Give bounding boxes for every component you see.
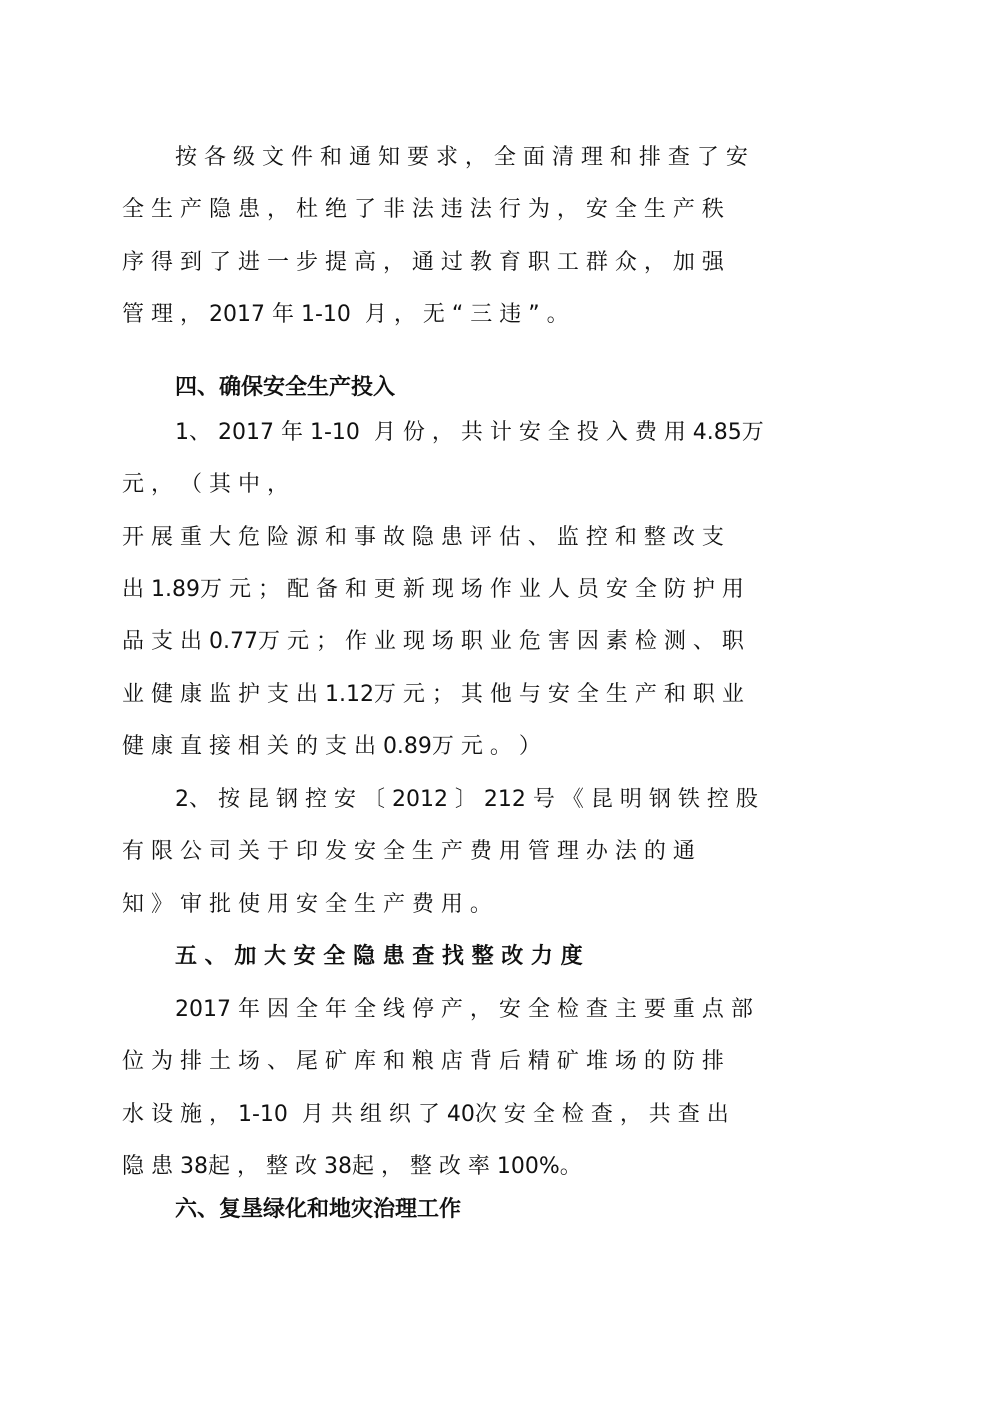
paragraph-line: 2、 按 昆 钢 控 安 〔 2012 〕 212 号 《 昆 明 钢 铁 控 … — [175, 785, 758, 815]
paragraph-line: 知 》 审 批 使 用 安 全 生 产 费 用 。 — [122, 890, 492, 920]
paragraph-line: 1、 2017 年 1-10 月 份 ， 共 计 安 全 投 入 费 用 4.8… — [175, 418, 764, 448]
paragraph-line: 品 支 出 0.77万 元 ； 作 业 现 场 职 业 危 害 因 素 检 测 … — [122, 627, 744, 657]
paragraph-line: 元 ， （ 其 中 ， — [122, 470, 289, 500]
paragraph-line: 开 展 重 大 危 险 源 和 事 故 隐 患 评 估 、 监 控 和 整 改 … — [122, 523, 724, 553]
paragraph-line: 水 设 施 ， 1-10 月 共 组 织 了 40次 安 全 检 查 ， 共 查… — [122, 1100, 729, 1130]
section-heading-4: 四、确保安全生产投入 — [175, 373, 395, 403]
paragraph-line: 位 为 排 土 场 、 尾 矿 库 和 粮 店 背 后 精 矿 堆 场 的 防 … — [122, 1047, 724, 1077]
paragraph-line: 业 健 康 监 护 支 出 1.12万 元 ； 其 他 与 安 全 生 产 和 … — [122, 680, 744, 710]
section-heading-5: 五 、 加 大 安 全 隐 患 查 找 整 改 力 度 — [175, 942, 583, 972]
paragraph-line: 隐 患 38起 ， 整 改 38起 ， 整 改 率 100%。 — [122, 1152, 582, 1182]
paragraph-line: 出 1.89万 元 ； 配 备 和 更 新 现 场 作 业 人 员 安 全 防 … — [122, 575, 744, 605]
paragraph-line: 健 康 直 接 相 关 的 支 出 0.89万 元 。 ） — [122, 732, 541, 762]
paragraph-line: 按 各 级 文 件 和 通 知 要 求 ， 全 面 清 理 和 排 查 了 安 — [175, 143, 748, 173]
paragraph-line: 序 得 到 了 进 一 步 提 高 ， 通 过 教 育 职 工 群 众 ， 加 … — [122, 248, 724, 278]
section-heading-6: 六、复垦绿化和地灾治理工作 — [175, 1195, 461, 1225]
paragraph-line: 2017 年 因 全 年 全 线 停 产 ， 安 全 检 查 主 要 重 点 部 — [175, 995, 753, 1025]
paragraph-line: 全 生 产 隐 患 ， 杜 绝 了 非 法 违 法 行 为 ， 安 全 生 产 … — [122, 195, 724, 225]
paragraph-line: 有 限 公 司 关 于 印 发 安 全 生 产 费 用 管 理 办 法 的 通 — [122, 837, 695, 867]
paragraph-line: 管 理 ， 2017 年 1-10 月 ， 无 “ 三 违 ” 。 — [122, 300, 569, 330]
